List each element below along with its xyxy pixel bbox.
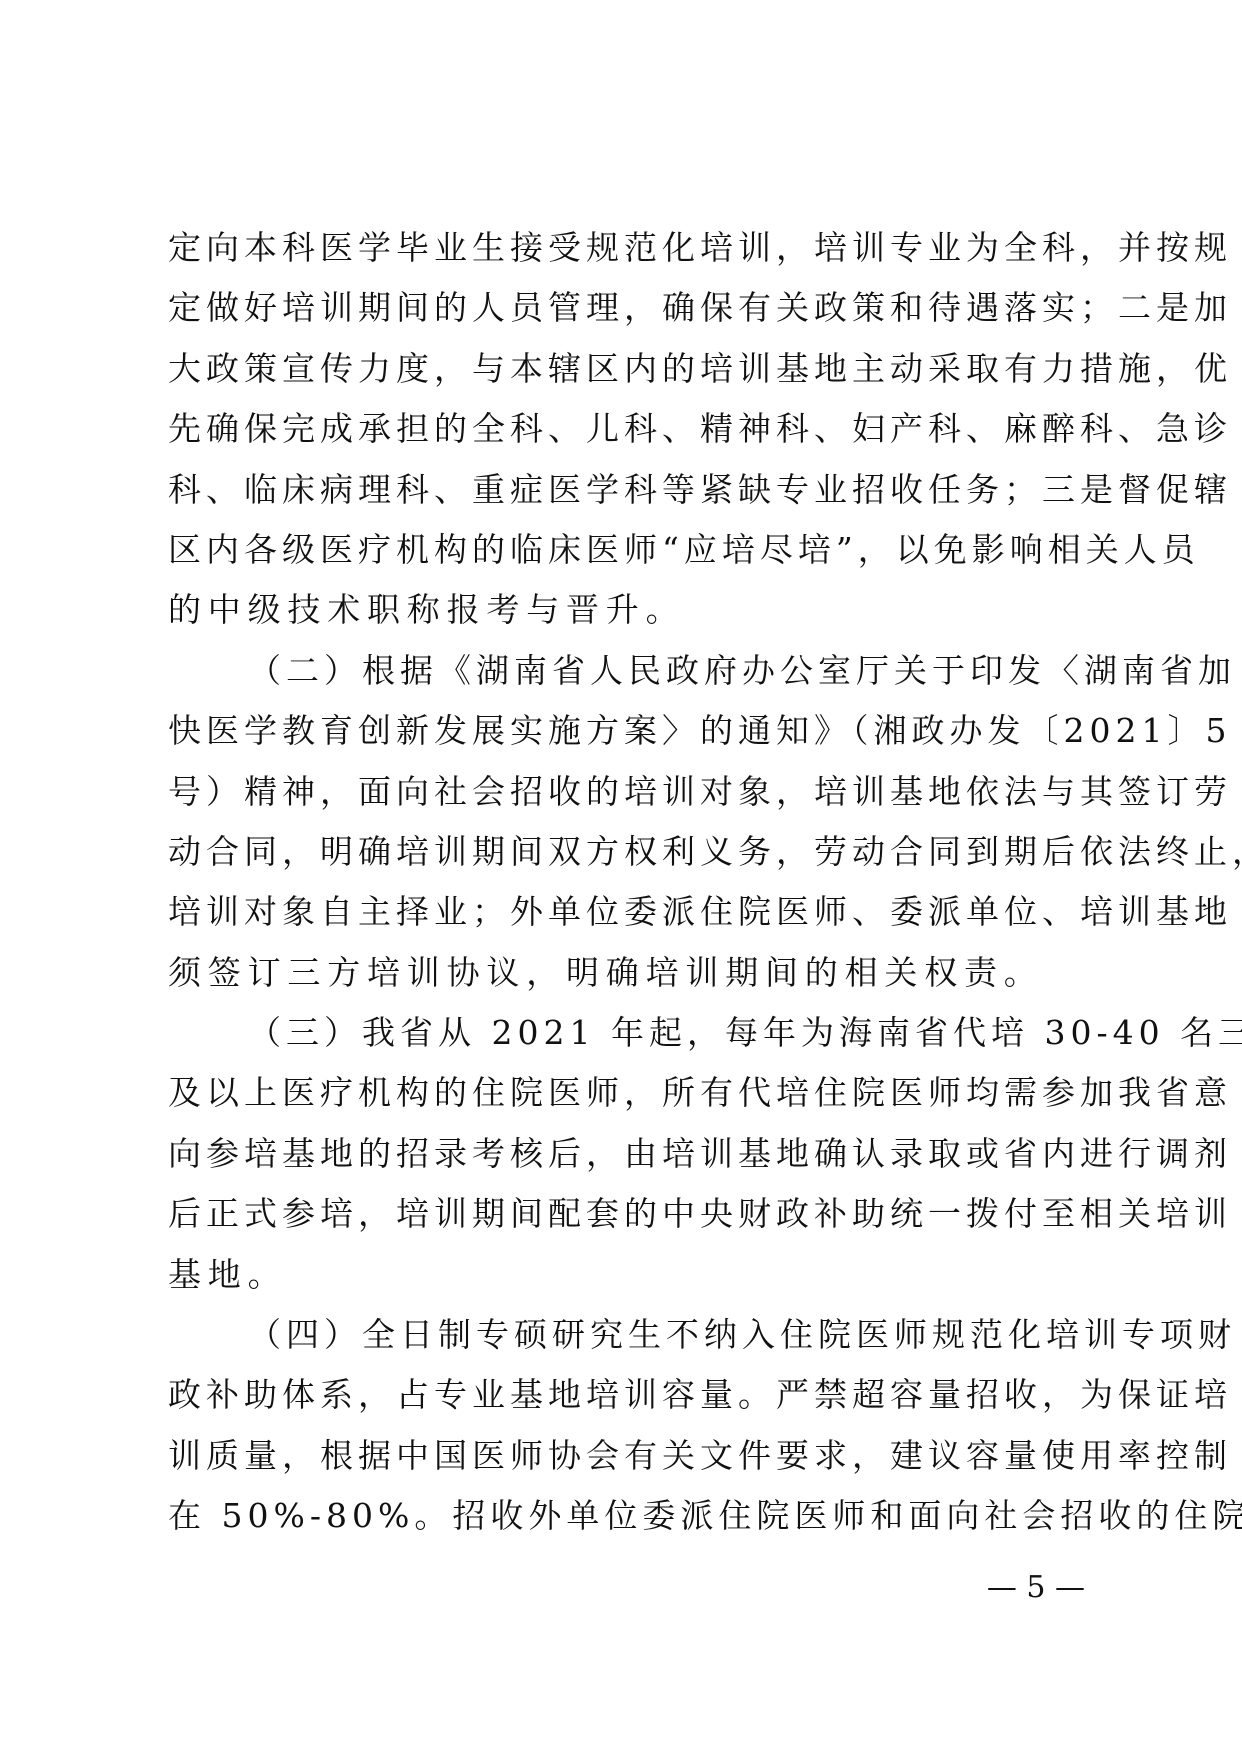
text-line: 区内各级医疗机构的临床医师“应培尽培”，以免影响相关人员 bbox=[168, 524, 1086, 584]
text-line: 定向本科医学毕业生接受规范化培训，培训专业为全科，并按规 bbox=[168, 222, 1086, 282]
text-line: 训质量，根据中国医师协会有关文件要求，建议容量使用率控制 bbox=[168, 1430, 1086, 1490]
text-line: 的中级技术职称报考与晋升。 bbox=[168, 584, 1086, 644]
text-line: 在 50%-80%。招收外单位委派住院医师和面向社会招收的住院医 bbox=[168, 1490, 1086, 1550]
text-line: 须签订三方培训协议，明确培训期间的相关权责。 bbox=[168, 947, 1086, 1007]
paragraph-start-line: （二）根据《湖南省人民政府办公室厅关于印发〈湖南省加 bbox=[168, 645, 1086, 705]
text-line: 动合同，明确培训期间双方权利义务，劳动合同到期后依法终止， bbox=[168, 826, 1086, 886]
text-line: 向参培基地的招录考核后，由培训基地确认录取或省内进行调剂 bbox=[168, 1128, 1086, 1188]
text-line: 基地。 bbox=[168, 1249, 1086, 1309]
text-line: 定做好培训期间的人员管理，确保有关政策和待遇落实；二是加 bbox=[168, 282, 1086, 342]
text-line: 快医学教育创新发展实施方案〉的通知》（湘政办发〔2021〕5 bbox=[168, 705, 1086, 765]
paragraph-start-line: （三）我省从 2021 年起，每年为海南省代培 30-40 名三级 bbox=[168, 1007, 1086, 1067]
text-line: 大政策宣传力度，与本辖区内的培训基地主动采取有力措施，优 bbox=[168, 343, 1086, 403]
text-line: 培训对象自主择业；外单位委派住院医师、委派单位、培训基地 bbox=[168, 886, 1086, 946]
document-page: 定向本科医学毕业生接受规范化培训，培训专业为全科，并按规 定做好培训期间的人员管… bbox=[0, 0, 1242, 1755]
text-line: 后正式参培，培训期间配套的中央财政补助统一拨付至相关培训 bbox=[168, 1188, 1086, 1248]
text-line: 政补助体系，占专业基地培训容量。严禁超容量招收，为保证培 bbox=[168, 1369, 1086, 1429]
paragraph-start-line: （四）全日制专硕研究生不纳入住院医师规范化培训专项财 bbox=[168, 1309, 1086, 1369]
text-line: 科、临床病理科、重症医学科等紧缺专业招收任务；三是督促辖 bbox=[168, 464, 1086, 524]
text-line: 号）精神，面向社会招收的培训对象，培训基地依法与其签订劳 bbox=[168, 766, 1086, 826]
body-text: 定向本科医学毕业生接受规范化培训，培训专业为全科，并按规 定做好培训期间的人员管… bbox=[168, 222, 1086, 1551]
text-line: 先确保完成承担的全科、儿科、精神科、妇产科、麻醉科、急诊 bbox=[168, 403, 1086, 463]
page-number: — 5 — bbox=[975, 1570, 1085, 1605]
text-line: 及以上医疗机构的住院医师，所有代培住院医师均需参加我省意 bbox=[168, 1067, 1086, 1127]
